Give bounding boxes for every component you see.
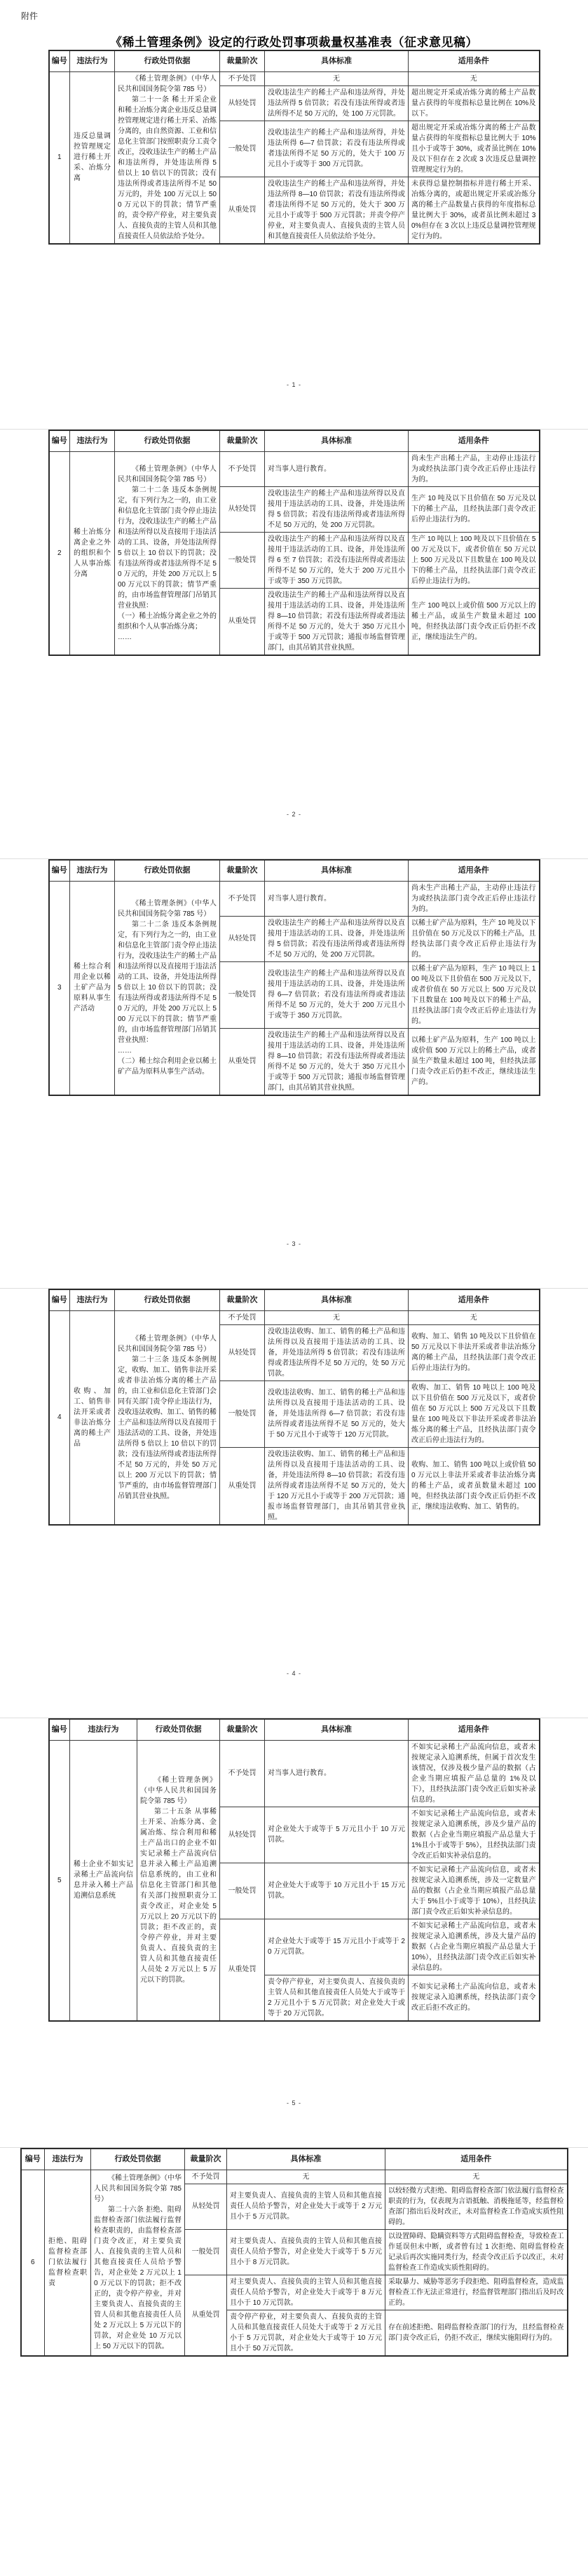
standard-cell: 没收违法生产的稀土产品和违法所得以及直接用于违法活动的工具、设备，并处违法所得 … [265,1028,409,1095]
basis-paragraph: 《稀土管理条例》（中华人民共和国国务院令第 785 号） [94,2173,182,2205]
condition-cell: 无 [409,1310,540,1324]
basis-paragraph: 《稀土管理条例》（中华人民共和国国务院令第 785 号） [118,74,217,95]
column-header-standard: 具体标准 [265,430,409,451]
penalty-table-5: 编号 违法行为 行政处罚依据 裁量阶次 具体标准 适用条件 5 稀土企业不如实记… [48,1718,540,2022]
basis-paragraph: …… [118,632,217,643]
condition-cell: 超出规定开采或冶炼分离的稀土产品数量占获得的年度指标总量比例大于 10%且小于或… [409,121,540,177]
column-header-violation: 违法行为 [70,1289,115,1310]
basis-paragraph: 第二十三条 违反本条例规定，收购、加工、销售非法开采或者非法冶炼分离的稀土产品的… [118,1355,217,1502]
column-header-stage: 裁量阶次 [220,430,265,451]
condition-cell: 不如实记录稀土产品流向信息，或者未按规定录入追溯系统，涉及一定数量产品的数据（占… [409,1863,540,1919]
table-row: 4 收购、加工、销售非法开采或者非法冶炼分离的稀土产品 《稀土管理条例》（中华人… [49,1310,540,1324]
column-header-basis: 行政处罚依据 [115,1289,220,1310]
basis-paragraph: 《稀土管理条例》（中华人民共和国国务院令第 785 号） [118,464,217,485]
condition-cell: 以设置障碍、隐瞒资料等方式阻碍监督检查，导致检查工作延误但未中断，或者曾有过 1… [385,2229,568,2275]
basis-cell: 《稀土管理条例》（中华人民共和国国务院令第 785 号） 第二十一条 稀土开采企… [115,71,220,244]
penalty-table-6: 编号 违法行为 行政处罚依据 裁量阶次 具体标准 适用条件 6 拒绝、阻碍监督检… [20,2148,568,2357]
column-header-stage: 裁量阶次 [220,1289,265,1310]
stage-cell: 不予处罚 [220,1310,265,1324]
standard-cell: 没收违法收购、加工、销售的稀土产品和违法所得以及直接用于违法活动的工具、设备，并… [265,1381,409,1447]
stage-cell: 从重处罚 [220,1447,265,1525]
page-number: - 5 - [0,2099,588,2106]
table-row: 5 稀土企业不如实记录稀土产品流向信息并录入稀土产品追溯信息系统 《稀土管理条例… [49,1740,540,1807]
column-header-basis: 行政处罚依据 [115,50,220,71]
column-header-standard: 具体标准 [265,1289,409,1310]
violation-cell: 稀土综合利用企业以稀土矿产品为原料从事生产活动 [70,881,115,1095]
violation-cell: 收购、加工、销售非法开采或者非法冶炼分离的稀土产品 [70,1310,115,1525]
attachment-label: 附件 [21,10,588,22]
stage-cell: 不予处罚 [220,451,265,486]
column-header-condition: 适用条件 [409,430,540,451]
stage-cell: 不予处罚 [220,881,265,916]
condition-cell: 收购、加工、销售 10 吨及以下且价值在 50 万元及以下非法开采或者非法冶炼分… [409,1324,540,1381]
condition-cell: 不如实记录稀土产品流向信息，或者未按规定录入追溯系统，但属于首次发生该情况，仅涉… [409,1740,540,1807]
column-header-number: 编号 [49,1289,70,1310]
standard-cell: 对当事人进行教育。 [265,881,409,916]
stage-cell: 从重处罚 [220,588,265,655]
case-number-cell: 4 [49,1310,70,1525]
stage-cell: 一般处罚 [220,1381,265,1447]
standard-cell: 对当事人进行教育。 [265,1740,409,1807]
violation-cell: 稀土冶炼分离企业之外的组织和个人从事冶炼分离 [70,451,115,655]
condition-cell: 以稀土矿产品为原料，生产 100 吨以上或价值 500 万元以上的稀土产品，或者… [409,1028,540,1095]
penalty-table-1: 编号 违法行为 行政处罚依据 裁量阶次 具体标准 适用条件 1 违反总量调控管理… [48,50,540,245]
basis-paragraph: 《稀土管理条例》（中华人民共和国国务院令第 785 号） [140,1775,217,1807]
condition-cell: 收购、加工、销售 100 吨以上或价值 500 万元以上非法开采或者非法冶炼分离… [409,1447,540,1525]
condition-cell: 生产 100 吨以上或价值 500 万元以上的稀土产品，或虽生产数量未超过 10… [409,588,540,655]
column-header-number: 编号 [49,430,70,451]
standard-cell: 责令停产停业，对主要负责人、直接负责的主管人员和其他直接责任人员处大于或等于 2… [227,2310,385,2356]
stage-cell: 不予处罚 [185,2170,227,2184]
page-number: - 2 - [0,811,588,818]
stage-cell: 从重处罚 [185,2275,227,2356]
standard-cell: 没收违法收购、加工、销售的稀土产品和违法所得以及直接用于违法活动的工具、设备，并… [265,1447,409,1525]
standard-cell: 没收违法生产的稀土产品和违法所得，并处违法所得 5 倍罚款；若没有违法所得或者违… [265,85,409,121]
standard-cell: 对企业处大于或等于 5 万元且小于 10 万元罚款。 [265,1807,409,1863]
standard-cell: 无 [227,2170,385,2184]
penalty-table-2: 编号 违法行为 行政处罚依据 裁量阶次 具体标准 适用条件 2 稀土冶炼分离企业… [48,430,540,656]
condition-cell: 生产 10 吨以上 100 吨及以下且价值在 500 万元及以下，或者价值在 5… [409,532,540,588]
column-header-standard: 具体标准 [227,2149,385,2170]
basis-cell: 《稀土管理条例》（中华人民共和国国务院令第 785 号） 第二十二条 违反本条例… [115,881,220,1095]
column-header-stage: 裁量阶次 [185,2149,227,2170]
standard-cell: 没收违法收购、加工、销售的稀土产品和违法所得以及直接用于违法活动的工具、设备，并… [265,1324,409,1381]
basis-paragraph: 第二十五条 从事稀土开采、冶炼分离、金属冶炼、综合利用和稀土产品出口的企业不如实… [140,1807,217,1985]
column-header-violation: 违法行为 [45,2149,91,2170]
basis-cell: 《稀土管理条例》（中华人民共和国国务院令第 785 号） 第二十二条 违反本条例… [115,451,220,655]
stage-cell: 从轻处罚 [220,85,265,121]
penalty-table-4: 编号 违法行为 行政处罚依据 裁量阶次 具体标准 适用条件 4 收购、加工、销售… [48,1289,540,1526]
stage-cell: 从轻处罚 [220,1324,265,1381]
basis-paragraph: （一）稀土冶炼分离企业之外的组织和个人从事冶炼分离； [118,611,217,632]
table-row: 3 稀土综合利用企业以稀土矿产品为原料从事生产活动 《稀土管理条例》（中华人民共… [49,881,540,916]
standard-cell: 对主要负责人、直接负责的主管人员和其他直接责任人员给予警告，对企业处大于或等于 … [227,2275,385,2310]
standard-cell: 没收违法生产的稀土产品和违法所得以及直接用于违法活动的工具、设备，并处违法所得 … [265,588,409,655]
stage-cell: 不予处罚 [220,1740,265,1807]
table-row: 6 拒绝、阻碍监督检查部门依法履行监督检查职责 《稀土管理条例》（中华人民共和国… [21,2170,568,2184]
stage-cell: 从重处罚 [220,177,265,244]
column-header-basis: 行政处罚依据 [115,860,220,881]
basis-cell: 《稀土管理条例》（中华人民共和国国务院令第 785 号） 第二十三条 违反本条例… [115,1310,220,1525]
standard-cell: 没收违法生产的稀土产品和违法所得以及直接用于违法活动的工具、设备，并处违法所得 … [265,961,409,1028]
basis-cell: 《稀土管理条例》（中华人民共和国国务院令第 785 号） 第二十六条 拒绝、阻碍… [91,2170,185,2356]
stage-cell: 从重处罚 [220,1919,265,2021]
table-row: 2 稀土冶炼分离企业之外的组织和个人从事冶炼分离 《稀土管理条例》（中华人民共和… [49,451,540,486]
column-header-number: 编号 [21,2149,45,2170]
condition-cell: 生产 10 吨及以下且价值在 50 万元及以下的稀土产品，且经执法部门责令改正后… [409,486,540,532]
standard-cell: 责令停产停业，对主要负责人、直接负责的主管人员和其他直接责任人员处大于或等于 2… [265,1975,409,2021]
condition-cell: 超出规定开采或冶炼分离的稀土产品数量占获得的年度指标总量比例在 10%及以下。 [409,85,540,121]
column-header-standard: 具体标准 [265,1719,409,1740]
standard-cell: 对企业处大于或等于 10 万元且小于 15 万元罚款。 [265,1863,409,1919]
standard-cell: 没收违法生产的稀土产品和违法所得以及直接用于违法活动的工具、设备，并处违法所得 … [265,486,409,532]
column-header-stage: 裁量阶次 [220,1719,265,1740]
basis-paragraph: 《稀土管理条例》（中华人民共和国国务院令第 785 号） [118,898,217,919]
header-row: 编号 违法行为 行政处罚依据 裁量阶次 具体标准 适用条件 [49,860,540,881]
column-header-violation: 违法行为 [70,50,115,71]
stage-cell: 从重处罚 [220,1028,265,1095]
basis-paragraph: 第二十一条 稀土开采企业和稀土冶炼分离企业违反总量调控管理规定进行稀土开采、冶炼… [118,95,217,242]
condition-cell: 不如实记录稀土产品流向信息，或者未按规定录入追溯系统，涉及少量产品的数据（占企业… [409,1807,540,1863]
standard-cell: 无 [265,71,409,85]
stage-cell: 从轻处罚 [220,916,265,961]
violation-cell: 违反总量调控管理规定进行稀土开采、冶炼分离 [70,71,115,244]
condition-cell: 采取暴力、威胁等恶劣手段拒绝、阻碍监督检查，造成监督检查工作无法正常进行，经监督… [385,2275,568,2310]
standard-cell: 没收违法生产的稀土产品和违法所得，并处违法所得 6—7 倍罚款；若没有违法所得或… [265,121,409,177]
basis-paragraph: （二）稀土综合利用企业以稀土矿产品为原料从事生产活动。 [118,1056,217,1077]
condition-cell: 以稀土矿产品为原料，生产 10 吨以上 100 吨及以下且价值在 500 万元及… [409,961,540,1028]
header-row: 编号 违法行为 行政处罚依据 裁量阶次 具体标准 适用条件 [49,50,540,71]
condition-cell: 以稀土矿产品为原料，生产 10 吨及以下且价值在 50 万元及以下的稀土产品，且… [409,916,540,961]
table-row: 1 违反总量调控管理规定进行稀土开采、冶炼分离 《稀土管理条例》（中华人民共和国… [49,71,540,85]
condition-cell: 不如实记录稀土产品流向信息，或者未按规定录入追溯系统，经执法部门责令改正后拒不改… [409,1975,540,2021]
violation-cell: 稀土企业不如实记录稀土产品流向信息并录入稀土产品追溯信息系统 [70,1740,137,2021]
stage-cell: 一般处罚 [185,2229,227,2275]
violation-cell: 拒绝、阻碍监督检查部门依法履行监督检查职责 [45,2170,91,2356]
basis-paragraph: 第二十六条 拒绝、阻碍监督检查部门依法履行监督检查职责的，由监督检查部门责令改正… [94,2205,182,2352]
condition-cell: 未获得总量控制指标并进行稀土开采、冶炼分离的，或超出规定开采或冶炼分离的稀土产品… [409,177,540,244]
document-page-6: 编号 违法行为 行政处罚依据 裁量阶次 具体标准 适用条件 6 拒绝、阻碍监督检… [0,2148,588,2576]
penalty-table-3: 编号 违法行为 行政处罚依据 裁量阶次 具体标准 适用条件 3 稀土综合利用企业… [48,859,540,1096]
condition-cell: 尚未生产出稀土产品，主动停止违法行为或经执法部门责令改正后停止违法行为的。 [409,881,540,916]
stage-cell: 不予处罚 [220,71,265,85]
case-number-cell: 5 [49,1740,70,2021]
basis-cell: 《稀土管理条例》（中华人民共和国国务院令第 785 号） 第二十五条 从事稀土开… [137,1740,220,2021]
document-page-2: 编号 违法行为 行政处罚依据 裁量阶次 具体标准 适用条件 2 稀土冶炼分离企业… [0,430,588,859]
column-header-condition: 适用条件 [385,2149,568,2170]
stage-cell: 一般处罚 [220,532,265,588]
case-number-cell: 6 [21,2170,45,2356]
stage-cell: 一般处罚 [220,121,265,177]
column-header-violation: 违法行为 [70,860,115,881]
document-page-1: 附件 《稀土管理条例》设定的行政处罚事项裁量权基准表（征求意见稿） 编号 违法行… [0,0,588,430]
standard-cell: 没收违法生产的稀土产品和违法所得以及直接用于违法活动的工具、设备，并处违法所得 … [265,532,409,588]
condition-cell: 尚未生产出稀土产品，主动停止违法行为或经执法部门责令改正后停止违法行为的。 [409,451,540,486]
header-row: 编号 违法行为 行政处罚依据 裁量阶次 具体标准 适用条件 [49,430,540,451]
page-number: - 4 - [0,1670,588,1677]
condition-cell: 以较轻微方式拒绝、阻碍监督检查部门依法履行监督检查职责的行为，仅表现为言语抵触、… [385,2184,568,2229]
standard-cell: 无 [265,1310,409,1324]
column-header-basis: 行政处罚依据 [91,2149,185,2170]
stage-cell: 从轻处罚 [220,486,265,532]
basis-paragraph: 第二十二条 违反本条例规定，有下列行为之一的，由工业和信息化主管部门责令停止违法… [118,485,217,611]
header-row: 编号 违法行为 行政处罚依据 裁量阶次 具体标准 适用条件 [49,1719,540,1740]
standard-cell: 对主要负责人、直接负责的主管人员和其他直接责任人员给予警告，对企业处大于或等于 … [227,2184,385,2229]
column-header-standard: 具体标准 [265,50,409,71]
standard-cell: 没收违法生产的稀土产品和违法所得，并处违法所得 8—10 倍罚款；若没有违法所得… [265,177,409,244]
column-header-stage: 裁量阶次 [220,860,265,881]
case-number-cell: 3 [49,881,70,1095]
condition-cell: 不如实记录稀土产品流向信息，或者未按规定录入追溯系统，涉及大量产品的数据（占企业… [409,1919,540,1975]
page-number: - 3 - [0,1240,588,1247]
document-title: 《稀土管理条例》设定的行政处罚事项裁量权基准表（征求意见稿） [10,32,578,50]
column-header-basis: 行政处罚依据 [137,1719,220,1740]
column-header-number: 编号 [49,50,70,71]
stage-cell: 从轻处罚 [220,1807,265,1863]
column-header-condition: 适用条件 [409,1719,540,1740]
stage-cell: 从轻处罚 [185,2184,227,2229]
condition-cell: 存在前述拒绝、阻碍监督检查部门的行为，且经监督检查部门责令改正后，仍拒不改正，继… [385,2310,568,2356]
document-page-3: 编号 违法行为 行政处罚依据 裁量阶次 具体标准 适用条件 3 稀土综合利用企业… [0,859,588,1289]
standard-cell: 对企业处大于或等于 15 万元且小于或等于 20 万元罚款。 [265,1919,409,1975]
document-page-4: 编号 违法行为 行政处罚依据 裁量阶次 具体标准 适用条件 4 收购、加工、销售… [0,1289,588,1718]
condition-cell: 收购、加工、销售 10 吨以上 100 吨及以下且价值在 500 万元及以下，或… [409,1381,540,1447]
page-number: - 1 - [0,381,588,388]
column-header-violation: 违法行为 [70,1719,137,1740]
column-header-stage: 裁量阶次 [220,50,265,71]
standard-cell: 没收违法生产的稀土产品和违法所得以及直接用于违法活动的工具、设备，并处违法所得 … [265,916,409,961]
header-row: 编号 违法行为 行政处罚依据 裁量阶次 具体标准 适用条件 [21,2149,568,2170]
basis-paragraph: 《稀土管理条例》（中华人民共和国国务院令第 785 号） [118,1334,217,1355]
column-header-condition: 适用条件 [409,1289,540,1310]
standard-cell: 对当事人进行教育。 [265,451,409,486]
document-page-5: 编号 违法行为 行政处罚依据 裁量阶次 具体标准 适用条件 5 稀土企业不如实记… [0,1718,588,2148]
column-header-number: 编号 [49,1719,70,1740]
stage-cell: 一般处罚 [220,961,265,1028]
condition-cell: 无 [409,71,540,85]
case-number-cell: 1 [49,71,70,244]
column-header-condition: 适用条件 [409,860,540,881]
column-header-condition: 适用条件 [409,50,540,71]
stage-cell: 一般处罚 [220,1863,265,1919]
column-header-violation: 违法行为 [70,430,115,451]
column-header-basis: 行政处罚依据 [115,430,220,451]
condition-cell: 无 [385,2170,568,2184]
case-number-cell: 2 [49,451,70,655]
standard-cell: 对主要负责人、直接负责的主管人员和其他直接责任人员给予警告，对企业处大于或等于 … [227,2229,385,2275]
basis-paragraph: …… [118,1046,217,1056]
header-row: 编号 违法行为 行政处罚依据 裁量阶次 具体标准 适用条件 [49,1289,540,1310]
basis-paragraph: 第二十二条 违反本条例规定，有下列行为之一的，由工业和信息化主管部门责令停止违法… [118,919,217,1046]
column-header-standard: 具体标准 [265,860,409,881]
column-header-number: 编号 [49,860,70,881]
